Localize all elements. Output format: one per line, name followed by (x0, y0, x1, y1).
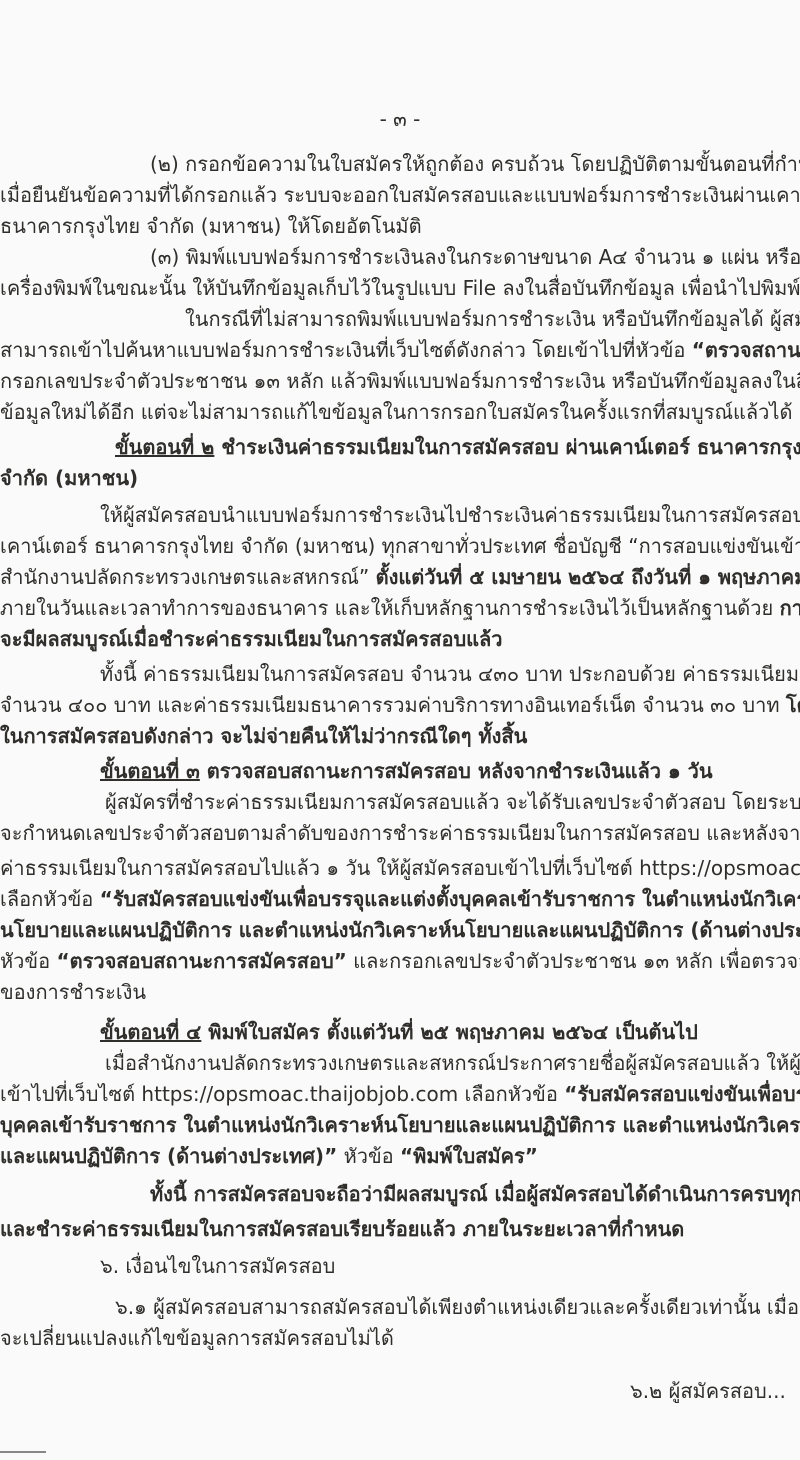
document-line: สามารถเข้าไปค้นหาแบบฟอร์มการชำระเงินที่เ… (0, 335, 800, 366)
clause-6-1-line: ๖.๑ ผู้สมัครสอบสามารถสมัครสอบได้เพียงตำแ… (0, 1292, 800, 1323)
text-segment: ธนาคารกรุงไทย จำกัด (มหาชน) ให้โดยอัตโนม… (0, 214, 422, 238)
document-line: บุคคลเข้ารับราชการ ในตำแหน่งนักวิเคราะห์… (0, 1110, 800, 1141)
text-segment: ทั้งนี้ ค่าธรรมเนียมในการสมัครสอบ จำนวน … (100, 662, 800, 686)
text-segment: เมื่อยืนยันข้อความที่ได้กรอกแล้ว ระบบจะอ… (0, 183, 800, 207)
document-line: ของการชำระเงิน (0, 977, 800, 1008)
text-segment: เข้าไปที่เว็บไซต์ (0, 1082, 141, 1106)
text-segment: ในกรณีที่ไม่สามารถพิมพ์แบบฟอร์มการชำระเง… (185, 307, 800, 331)
emphasis-segment: และแผนปฏิบัติการ (ด้านต่างประเทศ)” (0, 1144, 337, 1168)
document-line: สำนักงานปลัดกระทรวงเกษตรและสหกรณ์” ตั้งแ… (0, 562, 800, 593)
text-segment: หัวข้อ (337, 1144, 400, 1168)
document-line: เลือกหัวข้อ “รับสมัครสอบแข่งขันเพื่อบรรจ… (0, 884, 800, 915)
document-line: ในการสมัครสอบดังกล่าว จะไม่จ่ายคืนให้ไม่… (0, 721, 800, 752)
emphasis-segment: ทั้งนี้ การสมัครสอบจะถือว่ามีผลสมบูรณ์ เ… (150, 1182, 800, 1206)
document-line: จำนวน ๔๐๐ บาท และค่าธรรมเนียมธนาคารรวมค่… (0, 690, 800, 721)
continuation-marker: ๖.๒ ผู้สมัครสอบ... (630, 1379, 786, 1403)
continuation-line: ๖.๒ ผู้สมัครสอบ... (0, 1376, 800, 1407)
document-line: ให้ผู้สมัครสอบนำแบบฟอร์มการชำระเงินไปชำร… (0, 500, 800, 531)
document-line: (๓) พิมพ์แบบฟอร์มการชำระเงินลงในกระดาษขน… (0, 242, 800, 273)
document-line: จะมีผลสมบูรณ์เมื่อชำระค่าธรรมเนียมในการส… (0, 624, 800, 655)
document-line: ทั้งนี้ การสมัครสอบจะถือว่ามีผลสมบูรณ์ เ… (0, 1179, 800, 1210)
document-line: และแผนปฏิบัติการ (ด้านต่างประเทศ)” หัวข้… (0, 1141, 800, 1172)
document-line: ภายในวันและเวลาทำการของธนาคาร และให้เก็บ… (0, 593, 800, 624)
step-2-heading: ขั้นตอนที่ ๒ ชำระเงินค่าธรรมเนียมในการสม… (0, 432, 800, 463)
emphasis-segment: “รับสมัครสอบแข่งขันเพื่อบรรจุและแต่งตั้ง… (100, 887, 800, 911)
text-segment: เมื่อสำนักงานปลัดกระทรวงเกษตรและสหกรณ์ปร… (105, 1051, 800, 1075)
text-segment: หัวข้อ (0, 949, 56, 973)
application-period-dates: ตั้งแต่วันที่ ๕ เมษายน ๒๕๖๔ ถึงวันที่ ๑ … (376, 565, 800, 589)
text-segment: ๖.๑ ผู้สมัครสอบสามารถสมัครสอบได้เพียงตำแ… (115, 1295, 800, 1319)
emphasis-segment: “ตรวจสถานะการสมัครสอบ” (692, 338, 800, 362)
text-segment: ให้ผู้สมัครสอบนำแบบฟอร์มการชำระเงินไปชำร… (100, 503, 800, 527)
step-3-title: ตรวจสอบสถานะการสมัครสอบ หลังจากชำระเงินแ… (200, 759, 713, 783)
text-segment: (๓) พิมพ์แบบฟอร์มการชำระเงินลงในกระดาษขน… (150, 245, 800, 269)
website-url: https://opsmoac.thaijobjob.com (141, 1082, 458, 1106)
scan-artifact-line (0, 1451, 46, 1453)
step-4-heading: ขั้นตอนที่ ๔ พิมพ์ใบสมัคร ตั้งแต่วันที่ … (0, 1017, 800, 1048)
document-line: ข้อมูลใหม่ได้อีก แต่จะไม่สามารถแก้ไขข้อม… (0, 397, 800, 428)
document-line: ธนาคารกรุงไทย จำกัด (มหาชน) ให้โดยอัตโนม… (0, 211, 800, 242)
section-6-title: ๖. เงื่อนไขในการสมัครสอบ (100, 1254, 335, 1278)
document-line: เมื่อยืนยันข้อความที่ได้กรอกแล้ว ระบบจะอ… (0, 180, 800, 211)
page-number-line: - ๓ - (0, 104, 800, 135)
scanned-document-page: - ๓ - (๒) กรอกข้อความในใบสมัครให้ถูกต้อง… (0, 0, 800, 1460)
document-line: จะกำหนดเลขประจำตัวสอบตามลำดับของการชำระค… (0, 818, 800, 849)
document-line: ค่าธรรมเนียมในการสมัครสอบไปแล้ว ๑ วัน ให… (0, 853, 800, 884)
emphasis-segment: นโยบายและแผนปฏิบัติการ และตำแหน่งนักวิเค… (0, 918, 800, 942)
text-segment: ค่าธรรมเนียมในการสมัครสอบไปแล้ว ๑ วัน ให… (0, 856, 639, 880)
text-segment: เครื่องพิมพ์ในขณะนั้น ให้บันทึกข้อมูลเก็… (0, 276, 800, 300)
text-segment: เคาน์เตอร์ ธนาคารกรุงไทย จำกัด (มหาชน) ท… (0, 534, 800, 558)
text-segment: ข้อมูลใหม่ได้อีก แต่จะไม่สามารถแก้ไขข้อม… (0, 400, 792, 424)
emphasis-segment: จำกัด (มหาชน) (0, 466, 138, 490)
step-4-title: พิมพ์ใบสมัคร ตั้งแต่วันที่ ๒๕ พฤษภาคม ๒๕… (201, 1020, 698, 1044)
document-line: เคาน์เตอร์ ธนาคารกรุงไทย จำกัด (มหาชน) ท… (0, 531, 800, 562)
step-3-heading: ขั้นตอนที่ ๓ ตรวจสอบสถานะการสมัครสอบ หลั… (0, 756, 800, 787)
section-6-heading: ๖. เงื่อนไขในการสมัครสอบ (0, 1251, 800, 1282)
emphasis-segment: จะมีผลสมบูรณ์เมื่อชำระค่าธรรมเนียมในการส… (0, 627, 503, 651)
text-segment: สามารถเข้าไปค้นหาแบบฟอร์มการชำระเงินที่เ… (0, 338, 692, 362)
document-line: เครื่องพิมพ์ในขณะนั้น ให้บันทึกข้อมูลเก็… (0, 273, 800, 304)
text-segment: ผู้สมัครที่ชำระค่าธรรมเนียมการสมัครสอบแล… (105, 790, 800, 814)
text-segment: และกรอกเลขประจำตัวประชาชน ๑๓ หลัก เพื่อต… (347, 949, 800, 973)
document-line: ทั้งนี้ ค่าธรรมเนียมในการสมัครสอบ จำนวน … (0, 659, 800, 690)
text-segment: ภายในวันและเวลาทำการของธนาคาร และให้เก็บ… (0, 596, 780, 620)
document-line: กรอกเลขประจำตัวประชาชน ๑๓ หลัก แล้วพิมพ์… (0, 366, 800, 397)
step-3-label: ขั้นตอนที่ ๓ (100, 759, 200, 783)
emphasis-segment: “รับสมัครสอบแข่งขันเพื่อบรรจุและแต่งตั้ง (564, 1082, 800, 1106)
emphasis-segment: การสมัครสอบ (780, 596, 800, 620)
text-segment: สำนักงานปลัดกระทรวงเกษตรและสหกรณ์” (0, 565, 376, 589)
text-segment: ของการชำระเงิน (0, 980, 146, 1004)
document-line: (๒) กรอกข้อความในใบสมัครให้ถูกต้อง ครบถ้… (0, 149, 800, 180)
emphasis-segment: “ตรวจสอบสถานะการสมัครสอบ” (56, 949, 346, 973)
text-segment: เลือกหัวข้อ (0, 887, 100, 911)
emphasis-segment: “พิมพ์ใบสมัคร” (400, 1144, 538, 1168)
text-segment: จะกำหนดเลขประจำตัวสอบตามลำดับของการชำระค… (0, 821, 800, 845)
document-line: ผู้สมัครที่ชำระค่าธรรมเนียมการสมัครสอบแล… (0, 787, 800, 818)
emphasis-segment: และชำระค่าธรรมเนียมในการสมัครสอบเรียบร้อ… (0, 1217, 684, 1241)
step-2-heading-continued: จำกัด (มหาชน) (0, 463, 800, 494)
emphasis-segment: โดยค่าธรรมเนียม (786, 693, 800, 717)
document-line: และชำระค่าธรรมเนียมในการสมัครสอบเรียบร้อ… (0, 1214, 800, 1245)
step-2-label: ขั้นตอนที่ ๒ (115, 435, 214, 459)
document-line: นโยบายและแผนปฏิบัติการ และตำแหน่งนักวิเค… (0, 915, 800, 946)
step-4-label: ขั้นตอนที่ ๔ (100, 1020, 201, 1044)
text-segment: จะเปลี่ยนแปลงแก้ไขข้อมูลการสมัครสอบไม่ได… (0, 1326, 394, 1350)
document-line: เข้าไปที่เว็บไซต์ https://opsmoac.thaijo… (0, 1079, 800, 1110)
clause-6-1-continued: จะเปลี่ยนแปลงแก้ไขข้อมูลการสมัครสอบไม่ได… (0, 1323, 800, 1354)
text-segment: กรอกเลขประจำตัวประชาชน ๑๓ หลัก แล้วพิมพ์… (0, 369, 800, 393)
emphasis-segment: บุคคลเข้ารับราชการ ในตำแหน่งนักวิเคราะห์… (0, 1113, 800, 1137)
document-line: หัวข้อ “ตรวจสอบสถานะการสมัครสอบ” และกรอก… (0, 946, 800, 977)
document-line: เมื่อสำนักงานปลัดกระทรวงเกษตรและสหกรณ์ปร… (0, 1048, 800, 1079)
text-segment: เลือกหัวข้อ (458, 1082, 564, 1106)
document-line: ในกรณีที่ไม่สามารถพิมพ์แบบฟอร์มการชำระเง… (0, 304, 800, 335)
step-2-title: ชำระเงินค่าธรรมเนียมในการสมัครสอบ ผ่านเค… (214, 435, 800, 459)
emphasis-segment: ในการสมัครสอบดังกล่าว จะไม่จ่ายคืนให้ไม่… (0, 724, 527, 748)
website-url: https://opsmoac.thaijobjob.com (639, 856, 800, 880)
text-segment: (๒) กรอกข้อความในใบสมัครให้ถูกต้อง ครบถ้… (150, 152, 800, 176)
page-number: - ๓ - (380, 107, 421, 131)
text-segment: จำนวน ๔๐๐ บาท และค่าธรรมเนียมธนาคารรวมค่… (0, 693, 786, 717)
